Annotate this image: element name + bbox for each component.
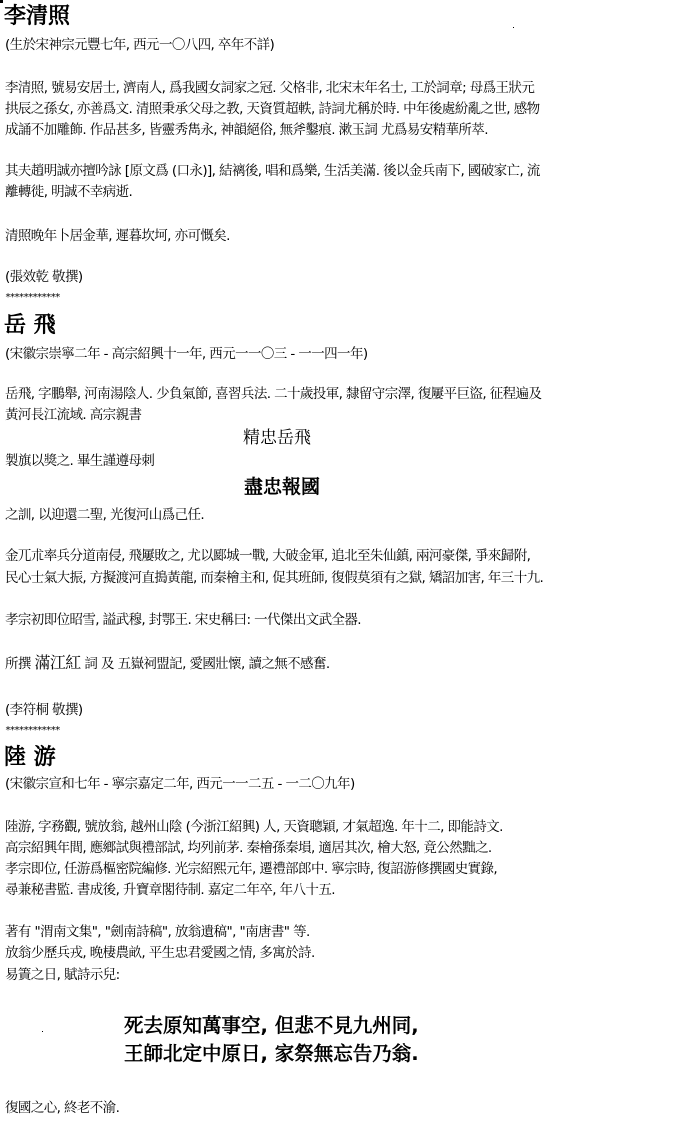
paragraph-line: 尋兼秘書監. 書成後, 升寶章閣待制. 嘉定二年卒, 年八十五.: [5, 881, 335, 899]
paragraph-line: 所撰 滿江紅 詞 及 五嶽祠盟記, 愛國壯懷, 讀之無不感奮.: [5, 654, 330, 673]
scan-corner-mark: [0, 0, 3, 3]
paragraph-line: 離轉徙, 明誠不幸病逝.: [5, 183, 132, 201]
scan-speck: [42, 1031, 43, 1032]
paragraph-line: 金兀朮率兵分道南侵, 飛屢敗之, 尤以郾城一戰, 大破金軍, 追北至朱仙鎮, 兩…: [5, 547, 530, 565]
poem-line: 死去原知萬事空, 但悲不見九州同,: [124, 1013, 419, 1039]
author-credit: (張效乾 敬撰): [5, 268, 83, 286]
dates-line: (宋徽宗宣和七年 - 寧宗嘉定二年, 西元一一二五 - 一二〇九年): [5, 775, 355, 793]
paragraph-line: 拱辰之孫女, 亦善爲文. 清照秉承父母之教, 天資質超軼, 詩詞尤稱於時. 中年…: [5, 100, 540, 118]
paragraph-line: 黃河長江流域. 高宗親書: [5, 406, 141, 424]
section-separator: ************: [5, 726, 59, 736]
section-separator: ************: [5, 293, 59, 303]
dates-line: (生於宋神宗元豐七年, 西元一〇八四, 卒年不詳): [5, 36, 274, 54]
paragraph-line: 孝宗初即位昭雪, 謚武穆, 封鄂王. 宋史稱曰: 一代傑出文武全器.: [5, 611, 361, 629]
paragraph-line: 清照晚年卜居金華, 遲暮坎坷, 亦可慨矣.: [5, 227, 230, 245]
motto-callout: 盡忠報國: [244, 476, 320, 498]
dates-line: (宋徽宗崇寧二年 - 高宗紹興十一年, 西元一一〇三 - 一一四一年): [5, 345, 368, 363]
paragraph-line: 民心士氣大振, 方擬渡河直搗黃龍, 而秦檜主和, 促其班師, 復假莫須有之獄, …: [5, 569, 543, 587]
paragraph-line: 其夫趙明誠亦擅吟詠 [原文爲 (口永)], 結褵後, 唱和爲樂, 生活美滿. 後…: [5, 162, 540, 180]
paragraph-line: 放翁少歷兵戎, 晚棲農畝, 平生忠君愛國之情, 多寓於詩.: [5, 944, 315, 962]
poem-line: 王師北定中原日, 家祭無忘告乃翁.: [124, 1041, 419, 1067]
paragraph-line: 之訓, 以迎還二聖, 光復河山爲己任.: [5, 506, 204, 524]
paragraph-line: 孝宗即位, 任游爲樞密院編修. 光宗紹熙元年, 遷禮部郎中. 寧宗時, 復詔游修…: [5, 860, 497, 878]
author-credit: (李符桐 敬撰): [5, 701, 83, 719]
closing-line: 復國之心, 終老不渝.: [5, 1099, 119, 1117]
paragraph-line: 著有 "渭南文集", "劍南詩稿", 放翁遺稿", "南唐書" 等.: [5, 923, 310, 941]
paragraph-line: 岳飛, 字鵬舉, 河南湯陰人. 少負氣節, 喜習兵法. 二十歲投軍, 隸留守宗澤…: [5, 385, 541, 403]
calligraphy-callout: 精忠岳飛: [243, 427, 311, 449]
section-title: 陸 游: [4, 745, 56, 771]
paragraph-line: 製旗以獎之. 畢生謹遵母刺: [5, 452, 154, 470]
text-fragment: 詞 及 五嶽祠盟記, 愛國壯懷, 讀之無不感奮.: [81, 656, 330, 672]
paragraph-line: 陸游, 字務觀, 號放翁, 越州山陰 (今浙江紹興) 人, 天資聰穎, 才氣超逸…: [5, 818, 503, 836]
section-title: 岳 飛: [4, 313, 56, 339]
scan-speck: [513, 27, 514, 28]
section-title: 李清照: [4, 4, 70, 30]
work-title: 滿江紅: [35, 653, 81, 672]
text-fragment: 所撰: [5, 656, 35, 672]
paragraph-line: 成誦不加雕飾. 作品甚多, 皆靈秀雋永, 神韻絕俗, 無斧鑿痕. 漱玉詞 尤爲易…: [5, 121, 488, 139]
paragraph-line: 高宗紹興年間, 應鄉試與禮部試, 均列前茅. 秦檜孫秦塤, 適居其次, 檜大怒,…: [5, 839, 492, 857]
paragraph-line: 李清照, 號易安居士, 濟南人, 爲我國女詞家之冠. 父格非, 北宋末年名士, …: [5, 79, 534, 97]
paragraph-line: 易簀之日, 賦詩示兒:: [5, 966, 120, 984]
